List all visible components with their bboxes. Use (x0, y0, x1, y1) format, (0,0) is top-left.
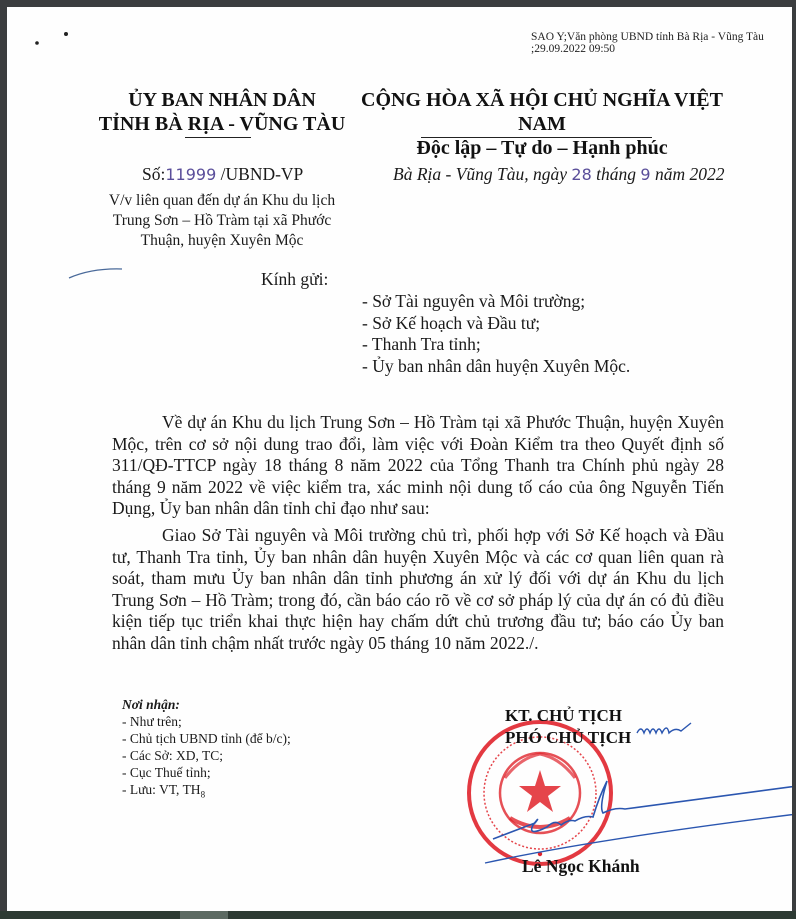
recipient-item: - Thanh Tra tỉnh; (362, 334, 630, 356)
signer-name: Lê Ngọc Khánh (522, 856, 640, 877)
distribution-list: Nơi nhận: - Như trên; - Chủ tịch UBND tỉ… (122, 696, 291, 804)
copy-stamp: SAO Y;Văn phòng UBND tỉnh Bà Rịa - Vũng … (531, 31, 764, 55)
horizontal-scrollbar[interactable] (0, 911, 796, 919)
divider (185, 137, 251, 138)
handwritten-day: 28 (571, 165, 591, 184)
handwritten-number: 11999 (165, 165, 216, 184)
scan-speck-icon (7, 7, 127, 67)
pen-mark-icon (67, 265, 127, 281)
body-paragraph: Giao Sở Tài nguyên và Môi trường chủ trì… (112, 525, 724, 655)
date-line: Bà Rịa - Vũng Tàu, ngày 28 tháng 9 năm 2… (393, 164, 724, 185)
recipient-item: - Sở Tài nguyên và Môi trường; (362, 291, 630, 313)
distribution-item: - Như trên; (122, 713, 291, 730)
body-paragraph: Về dự án Khu du lịch Trung Sơn – Hồ Tràm… (112, 412, 724, 520)
issuing-authority: ỦY BAN NHÂN DÂN TỈNH BÀ RỊA - VŨNG TÀU (97, 88, 347, 136)
signature-icon (475, 767, 792, 867)
recipient-item: - Sở Kế hoạch và Đầu tư; (362, 313, 630, 335)
distribution-item: - Chủ tịch UBND tỉnh (để b/c); (122, 730, 291, 747)
handwritten-month: 9 (640, 165, 650, 184)
distribution-title: Nơi nhận: (122, 696, 291, 713)
distribution-item: - Cục Thuế tỉnh; (122, 764, 291, 781)
signer-title: KT. CHỦ TỊCH PHÓ CHỦ TỊCH (505, 705, 705, 749)
scrollbar-thumb[interactable] (180, 911, 228, 919)
document-page: SAO Y;Văn phòng UBND tỉnh Bà Rịa - Vũng … (7, 7, 792, 911)
document-number: Số:11999 /UBND-VP (142, 164, 303, 185)
distribution-item: - Các Sở: XD, TC; (122, 747, 291, 764)
distribution-item: - Lưu: VT, TH8 (122, 781, 291, 804)
salutation: Kính gửi: (261, 269, 328, 290)
divider (421, 137, 652, 138)
recipient-item: - Ủy ban nhân dân huyện Xuyên Mộc. (362, 356, 630, 378)
recipient-list: - Sở Tài nguyên và Môi trường; - Sở Kế h… (362, 291, 630, 377)
document-body: Về dự án Khu du lịch Trung Sơn – Hồ Tràm… (112, 412, 724, 660)
document-subject: V/v liên quan đến dự án Khu du lịch Trun… (104, 191, 340, 251)
national-title: CỘNG HÒA XÃ HỘI CHỦ NGHĨA VIỆT NAM Độc l… (352, 88, 732, 160)
